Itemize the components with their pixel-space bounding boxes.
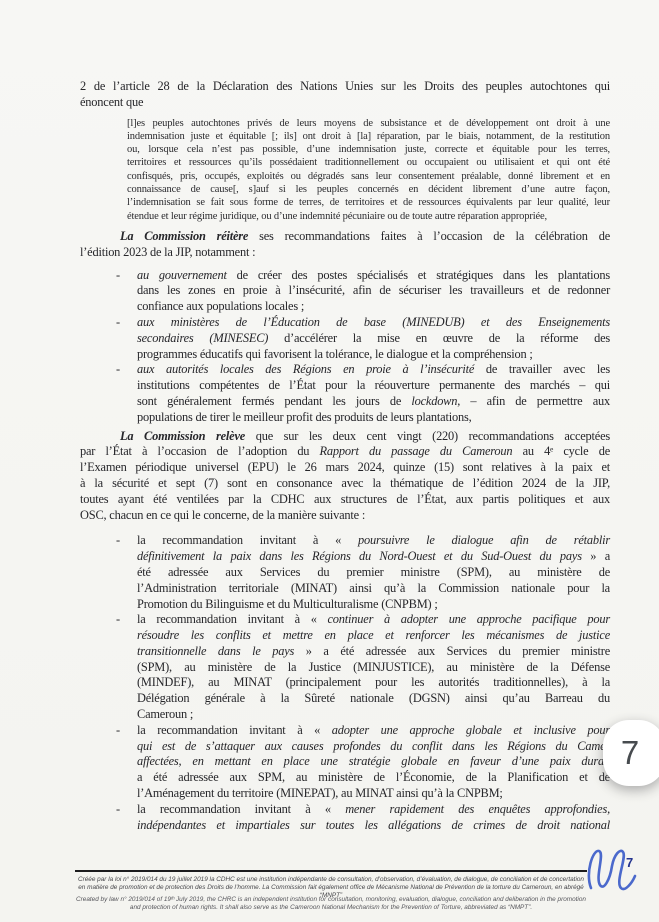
text-run: la recommandation invitant à «	[137, 723, 332, 737]
text-line: la recommandation invitant à « adopter u…	[137, 723, 610, 739]
text-line: indemnisation juste et équitable [; ils]…	[127, 130, 610, 143]
text-run: continuer à adopter une approche pacifiq…	[328, 612, 611, 626]
text-run: Promotion du Bilinguisme et du Multicult…	[137, 597, 438, 611]
text-run: [l]es peuples autochtones privés de leur…	[127, 118, 610, 129]
text-line: confiance aux populations locales ;	[137, 299, 610, 315]
text-line: programmes éducatifs qui favorisent la t…	[137, 347, 610, 363]
list-dash: -	[116, 802, 120, 818]
reco-2023-1: -au gouvernement de créer des postes spé…	[80, 268, 610, 315]
text-run: connaissance de cause[, s]auf si les peu…	[127, 184, 610, 195]
text-run: l’Examen périodique universel (EPU) le 2…	[80, 460, 610, 474]
releve-paragraph: La Commission relève que sur les deux ce…	[80, 429, 610, 524]
text-line: affectées, en mettant en place une strat…	[137, 754, 610, 770]
text-line: indépendantes et impartiales sur toutes …	[137, 818, 610, 834]
text-line: Promotion du Bilinguisme et du Multicult…	[137, 597, 610, 613]
text-line: la recommandation invitant à « continuer…	[137, 612, 610, 628]
text-run: , – afin de permettre aux	[457, 394, 610, 408]
list-dash: -	[116, 268, 120, 284]
text-line: La Commission relève que sur les deux ce…	[80, 429, 610, 445]
text-line: été adressée aux Services du premier min…	[137, 565, 610, 581]
reco-2023-3: -aux autorités locales des Régions en pr…	[80, 362, 610, 425]
list-dash: -	[116, 612, 120, 628]
text-run: OSC, chacun en ce qui le concerne, de la…	[80, 508, 365, 522]
text-run: Cameroun ;	[137, 707, 193, 721]
text-line: La Commission réitère ses recommandation…	[80, 229, 610, 245]
text-run: que sur les deux cent vingt (220) recomm…	[245, 429, 610, 443]
text-run: ses recommandations faites à l’occasion …	[248, 229, 610, 243]
text-run: adopter une approche globale et inclusiv…	[332, 723, 610, 737]
text-run: institutions compétentes de l’État pour …	[137, 378, 610, 392]
text-run: Rapport du passage du Cameroun	[320, 444, 513, 458]
text-run: indépendantes et impartiales sur toutes …	[137, 818, 610, 832]
text-run: aux autorités locales des Régions en pro…	[137, 362, 474, 376]
text-run: aux ministères de l’Éducation de base (M…	[137, 315, 610, 329]
text-line: [l]es peuples autochtones privés de leur…	[127, 117, 610, 130]
text-line: énoncent que	[80, 95, 610, 111]
text-line: transitionnelle dans le pays » a été adr…	[137, 644, 610, 660]
text-line: résoudre les conflits et mettre en place…	[137, 628, 610, 644]
text-run: La Commission réitère	[120, 229, 248, 243]
text-line: l’édition 2023 de la JIP, notamment :	[80, 245, 610, 261]
list-dash: -	[116, 533, 120, 549]
document-scan-page: 2 de l’article 28 de la Déclaration des …	[0, 0, 659, 922]
text-run: (SPM), au ministère de la Justice (MINJU…	[137, 660, 610, 674]
text-run: définitivement la paix dans les Régions …	[137, 549, 582, 563]
text-line: sont généralement fermés pendant les jou…	[137, 394, 610, 410]
text-run: transitionnelle dans le pays	[137, 644, 294, 658]
text-line: aux ministères de l’Éducation de base (M…	[137, 315, 610, 331]
list-dash: -	[116, 723, 120, 739]
text-line: connaissance de cause[, s]auf si les peu…	[127, 183, 610, 196]
text-run: Délégation générale à la Sûreté national…	[137, 691, 610, 705]
text-line: ou, lorsque cela n’est pas possible, d’u…	[127, 143, 610, 156]
text-run: mener rapidement des enquêtes approfondi…	[345, 802, 610, 816]
text-run: indemnisation juste et équitable [; ils]…	[127, 131, 610, 142]
text-line: a été adressée aux SPM, au ministère de …	[137, 770, 610, 786]
text-line: l’Administration territoriale (MINAT) ai…	[137, 581, 610, 597]
text-run: poursuivre le dialogue afin de rétablir	[358, 533, 610, 547]
text-line: aux autorités locales des Régions en pro…	[137, 362, 610, 378]
text-run: ou, lorsque cela n’est pas possible, d’u…	[127, 144, 610, 155]
text-run: secondaires (MINESEC)	[137, 331, 268, 345]
text-line: institutions compétentes de l’État pour …	[137, 378, 610, 394]
text-run: à la sécurité et sept (7) sont en conson…	[80, 476, 610, 490]
text-run: programmes éducatifs qui favorisent la t…	[137, 347, 533, 361]
epu-reco-3: -la recommandation invitant à « adopter …	[80, 723, 610, 802]
text-line: la recommandation invitant à « mener rap…	[137, 802, 610, 818]
text-line: territoires et ressources qu’ils posséda…	[127, 156, 610, 169]
text-run: qui est de s’attaquer aux causes profond…	[137, 739, 610, 753]
text-run: a été adressée aux SPM, au ministère de …	[137, 770, 610, 784]
text-run: confisqués, pris, occupés, exploités ou …	[127, 171, 610, 182]
text-line: 2 de l’article 28 de la Déclaration des …	[80, 79, 610, 95]
text-run: résoudre les conflits et mettre en place…	[137, 628, 610, 642]
reco-2023-2: -aux ministères de l’Éducation de base (…	[80, 315, 610, 362]
text-run: étendue et leur régime juridique, ou d’u…	[127, 211, 547, 222]
text-run: l’indemnisation se fait sous forme de te…	[127, 197, 610, 208]
text-line: l’indemnisation se fait sous forme de te…	[127, 196, 610, 209]
document-body: 2 de l’article 28 de la Déclaration des …	[80, 79, 610, 833]
text-line: OSC, chacun en ce qui le concerne, de la…	[80, 508, 610, 524]
text-line: populations de tirer le meilleur profit …	[137, 410, 610, 426]
text-run: la recommandation invitant à «	[137, 802, 345, 816]
text-run: territoires et ressources qu’ils posséda…	[127, 157, 610, 168]
text-line: à la sécurité et sept (7) sont en conson…	[80, 476, 610, 492]
text-run: » a été adressée aux Services du premier…	[294, 644, 610, 658]
text-run: La Commission relève	[120, 429, 245, 443]
text-run: la recommandation invitant à «	[137, 612, 328, 626]
text-line: qui est de s’attaquer aux causes profond…	[137, 739, 610, 755]
text-run: toutes ayant été ventilées par la CDHC a…	[80, 492, 610, 506]
text-run: populations de tirer le meilleur profit …	[137, 410, 471, 424]
text-run: énoncent que	[80, 95, 143, 109]
text-run: au 4ᵉ cycle de	[512, 444, 610, 458]
text-run: l’Aménagement du territoire (MINEPAT), a…	[137, 786, 503, 800]
list-dash: -	[116, 362, 120, 378]
signature-paraph-icon	[584, 841, 638, 897]
text-line: par l’État à l’occasion de l’adoption du…	[80, 444, 610, 460]
text-line: dans les zones en proie à l’insécurité, …	[137, 283, 610, 299]
text-line: définitivement la paix dans les Régions …	[137, 549, 610, 565]
text-run: de créer des postes spécialisés et strat…	[227, 268, 610, 282]
text-run: 2 de l’article 28 de la Déclaration des …	[80, 79, 610, 93]
text-line: au gouvernement de créer des postes spéc…	[137, 268, 610, 284]
text-run: au gouvernement	[137, 268, 227, 282]
text-line: l’Examen périodique universel (EPU) le 2…	[80, 460, 610, 476]
text-line: la recommandation invitant à « poursuivr…	[137, 533, 610, 549]
text-line: Délégation générale à la Sûreté national…	[137, 691, 610, 707]
pill-page-number: 7	[621, 734, 639, 772]
text-line: (MINDEF), au MINAT (principalement pour …	[137, 675, 610, 691]
footer-divider	[75, 870, 587, 872]
text-run: lockdown	[411, 394, 457, 408]
text-run: la recommandation invitant à «	[137, 533, 358, 547]
text-run: affectées, en mettant en place une strat…	[137, 754, 610, 768]
text-run: confiance aux populations locales ;	[137, 299, 304, 313]
text-line: (SPM), au ministère de la Justice (MINJU…	[137, 660, 610, 676]
text-run: » a	[582, 549, 610, 563]
text-line: étendue et leur régime juridique, ou d’u…	[127, 210, 610, 223]
text-run: été adressée aux Services du premier min…	[137, 565, 610, 579]
text-run: sont généralement fermés pendant les jou…	[137, 394, 411, 408]
intro-paragraph: 2 de l’article 28 de la Déclaration des …	[80, 79, 610, 111]
text-line: toutes ayant été ventilées par la CDHC a…	[80, 492, 610, 508]
epu-reco-4: -la recommandation invitant à « mener ra…	[80, 802, 610, 834]
text-run: par l’État à l’occasion de l’adoption du	[80, 444, 320, 458]
reiterate-paragraph: La Commission réitère ses recommandation…	[80, 229, 610, 261]
text-line: secondaires (MINESEC) d’accélérer la mis…	[137, 331, 610, 347]
text-line: Cameroun ;	[137, 707, 610, 723]
text-run: d’accélérer la mise en œuvre de la réfor…	[268, 331, 610, 345]
epu-reco-2: -la recommandation invitant à « continue…	[80, 612, 610, 723]
epu-reco-1: -la recommandation invitant à « poursuiv…	[80, 533, 610, 612]
text-run: de travailler avec les	[474, 362, 610, 376]
text-line: confisqués, pris, occupés, exploités ou …	[127, 170, 610, 183]
text-run: dans les zones en proie à l’insécurité, …	[137, 283, 610, 297]
text-run: (MINDEF), au MINAT (principalement pour …	[137, 675, 610, 689]
text-run: l’édition 2023 de la JIP, notamment :	[80, 245, 255, 259]
list-dash: -	[116, 315, 120, 331]
text-run: l’Administration territoriale (MINAT) ai…	[137, 581, 610, 595]
text-line: l’Aménagement du territoire (MINEPAT), a…	[137, 786, 610, 802]
footer-note-en: Created by law n° 2019/014 of 19ᵗʰ July …	[75, 896, 587, 912]
page-number-pill: 7	[603, 720, 659, 786]
un-declaration-quote: [l]es peuples autochtones privés de leur…	[127, 117, 610, 223]
